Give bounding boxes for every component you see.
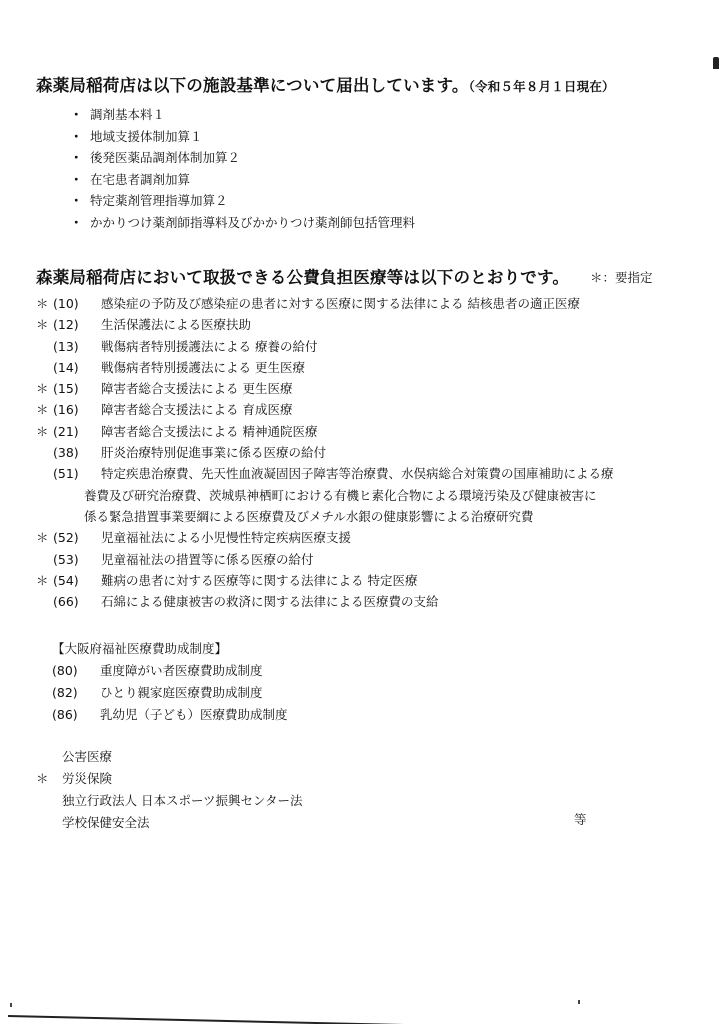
item-code: (52) <box>53 527 101 548</box>
asterisk-icon: ＊ <box>36 399 53 420</box>
item-code: (14) <box>53 357 101 378</box>
item-code: (13) <box>53 336 101 357</box>
list-item: ・調剤基本料１ <box>70 104 415 126</box>
list-item: (80)重度障がい者医療費助成制度 <box>52 660 288 682</box>
list-item: (51)特定疾患治療費、先天性血液凝固因子障害等治療費、水俣病総合対策費の国庫補… <box>36 463 721 527</box>
asterisk-icon <box>36 591 53 612</box>
osaka-welfare-section: 【大阪府福祉医療費助成制度】 (80)重度障がい者医療費助成制度 (82)ひとり… <box>52 638 288 726</box>
item-text-continuation: 養費及び研究治療費、茨城県神栖町における有機ヒ素化合物による環境汚染及び健康被害… <box>36 485 721 506</box>
list-item: (86)乳幼児（子ども）医療費助成制度 <box>52 704 288 726</box>
etc-label: 等 <box>574 810 587 828</box>
list-item: ＊(15)障害者総合支援法による 更生医療 <box>36 378 721 399</box>
list-item: ＊(12)生活保護法による医療扶助 <box>36 314 721 335</box>
list-item: (13)戦傷病者特別援護法による 療養の給付 <box>36 336 721 357</box>
list-item-label: 後発医薬品調剤体制加算２ <box>90 147 240 169</box>
item-text: 障害者総合支援法による 育成医療 <box>101 399 721 420</box>
public-expense-list: ＊(10)感染症の予防及び感染症の患者に対する医療に関する法律による 結核患者の… <box>36 293 721 612</box>
asterisk-icon <box>36 442 53 463</box>
item-code: (21) <box>53 421 101 442</box>
list-item: ＊労災保険 <box>36 768 302 790</box>
asterisk-icon <box>36 746 62 768</box>
asterisk-icon <box>36 549 53 570</box>
item-code: (80) <box>52 660 100 682</box>
item-code: (51) <box>53 463 101 484</box>
list-item: ＊(10)感染症の予防及び感染症の患者に対する医療に関する法律による 結核患者の… <box>36 293 721 314</box>
scan-artifact-dot <box>10 1003 12 1007</box>
asterisk-icon: ＊ <box>36 570 53 591</box>
item-code: (66) <box>53 591 101 612</box>
item-text: 独立行政法人 日本スポーツ振興センター法 <box>62 790 302 812</box>
asterisk-icon <box>36 790 62 812</box>
item-text-continuation: 係る緊急措置事業要綱による医療費及びメチル水銀の健康影響による治療研究費 <box>36 506 721 527</box>
item-text: 児童福祉法による小児慢性特定疾病医療支援 <box>101 527 721 548</box>
item-code: (53) <box>53 549 101 570</box>
list-item: (38)肝炎治療特別促進事業に係る医療の給付 <box>36 442 721 463</box>
list-item: ＊(16)障害者総合支援法による 育成医療 <box>36 399 721 420</box>
list-item: ＊(52)児童福祉法による小児慢性特定疾病医療支援 <box>36 527 721 548</box>
list-item: (53)児童福祉法の措置等に係る医療の給付 <box>36 549 721 570</box>
bullet-icon: ・ <box>70 147 90 169</box>
item-code: (16) <box>53 399 101 420</box>
list-item: 学校保健安全法 <box>36 812 302 834</box>
item-text: 重度障がい者医療費助成制度 <box>100 660 263 682</box>
bullet-icon: ・ <box>70 190 90 212</box>
asterisk-icon: ＊ <box>36 768 62 790</box>
item-code: (54) <box>53 570 101 591</box>
facility-standards-title-text: 森薬局稲荷店は以下の施設基準について届出しています。 <box>36 76 469 95</box>
list-item: (66)石綿による健康被害の救済に関する法律による医療費の支給 <box>36 591 721 612</box>
item-code: (15) <box>53 378 101 399</box>
item-text: 難病の患者に対する医療等に関する法律による 特定医療 <box>101 570 721 591</box>
item-code: (10) <box>53 293 101 314</box>
list-item: 公害医療 <box>36 746 302 768</box>
other-programs-section: 公害医療 ＊労災保険 独立行政法人 日本スポーツ振興センター法 学校保健安全法 <box>36 746 302 834</box>
item-text: 児童福祉法の措置等に係る医療の給付 <box>101 549 721 570</box>
list-item: ＊(21)障害者総合支援法による 精神通院医療 <box>36 421 721 442</box>
item-text: 乳幼児（子ども）医療費助成制度 <box>100 704 288 726</box>
item-code: (12) <box>53 314 101 335</box>
bullet-icon: ・ <box>70 104 90 126</box>
list-item: ・かかりつけ薬剤師指導料及びかかりつけ薬剤師包括管理料 <box>70 212 415 234</box>
osaka-welfare-heading: 【大阪府福祉医療費助成制度】 <box>52 638 288 660</box>
item-code: (38) <box>53 442 101 463</box>
item-text: 戦傷病者特別援護法による 更生医療 <box>101 357 721 378</box>
asterisk-icon: ＊ <box>36 378 53 399</box>
asterisk-icon: ＊ <box>36 527 53 548</box>
list-item: (14)戦傷病者特別援護法による 更生医療 <box>36 357 721 378</box>
list-item: ・後発医薬品調剤体制加算２ <box>70 147 415 169</box>
item-text: ひとり親家庭医療費助成制度 <box>100 682 263 704</box>
public-expense-title: 森薬局稲荷店において取扱できる公費負担医療等は以下のとおりです。 <box>36 264 569 288</box>
item-code: (82) <box>52 682 100 704</box>
list-item-label: 調剤基本料１ <box>90 104 165 126</box>
list-item-label: 地域支援体制加算１ <box>90 126 203 148</box>
list-item: ＊(54)難病の患者に対する医療等に関する法律による 特定医療 <box>36 570 721 591</box>
scan-artifact-dot <box>578 1000 580 1004</box>
list-item-label: 特定薬剤管理指導加算２ <box>90 190 228 212</box>
list-item: ・地域支援体制加算１ <box>70 126 415 148</box>
facility-standards-list: ・調剤基本料１ ・地域支援体制加算１ ・後発医薬品調剤体制加算２ ・在宅患者調剤… <box>70 104 415 233</box>
item-text: 肝炎治療特別促進事業に係る医療の給付 <box>101 442 721 463</box>
item-text: 戦傷病者特別援護法による 療養の給付 <box>101 336 721 357</box>
item-text: 学校保健安全法 <box>62 812 150 834</box>
list-item: ・在宅患者調剤加算 <box>70 169 415 191</box>
list-item: 独立行政法人 日本スポーツ振興センター法 <box>36 790 302 812</box>
item-text: 生活保護法による医療扶助 <box>101 314 721 335</box>
item-text: 障害者総合支援法による 更生医療 <box>101 378 721 399</box>
facility-standards-title: 森薬局稲荷店は以下の施設基準について届出しています。（令和５年８月１日現在） <box>36 72 615 96</box>
legend-required-designation: ＊：要指定 <box>590 268 653 286</box>
item-text: 公害医療 <box>62 746 112 768</box>
item-text: 労災保険 <box>62 768 112 790</box>
list-item-label: かかりつけ薬剤師指導料及びかかりつけ薬剤師包括管理料 <box>90 212 415 234</box>
scan-artifact-mark <box>713 57 719 69</box>
item-text: 障害者総合支援法による 精神通院医療 <box>101 421 721 442</box>
as-of-date: （令和５年８月１日現在） <box>469 79 615 94</box>
asterisk-icon <box>36 812 62 834</box>
asterisk-icon: ＊ <box>36 421 53 442</box>
bullet-icon: ・ <box>70 169 90 191</box>
asterisk-icon <box>36 463 53 484</box>
list-item: ・特定薬剤管理指導加算２ <box>70 190 415 212</box>
asterisk-icon <box>36 357 53 378</box>
list-item: (82)ひとり親家庭医療費助成制度 <box>52 682 288 704</box>
scan-artifact-line <box>8 1015 538 1024</box>
item-text: 特定疾患治療費、先天性血液凝固因子障害等治療費、水俣病総合対策費の国庫補助による… <box>101 463 614 484</box>
bullet-icon: ・ <box>70 212 90 234</box>
asterisk-icon <box>36 336 53 357</box>
asterisk-icon: ＊ <box>36 314 53 335</box>
item-text: 石綿による健康被害の救済に関する法律による医療費の支給 <box>101 591 721 612</box>
bullet-icon: ・ <box>70 126 90 148</box>
asterisk-icon: ＊ <box>36 293 53 314</box>
item-code: (86) <box>52 704 100 726</box>
list-item-label: 在宅患者調剤加算 <box>90 169 190 191</box>
item-text: 感染症の予防及び感染症の患者に対する医療に関する法律による 結核患者の適正医療 <box>101 293 721 314</box>
